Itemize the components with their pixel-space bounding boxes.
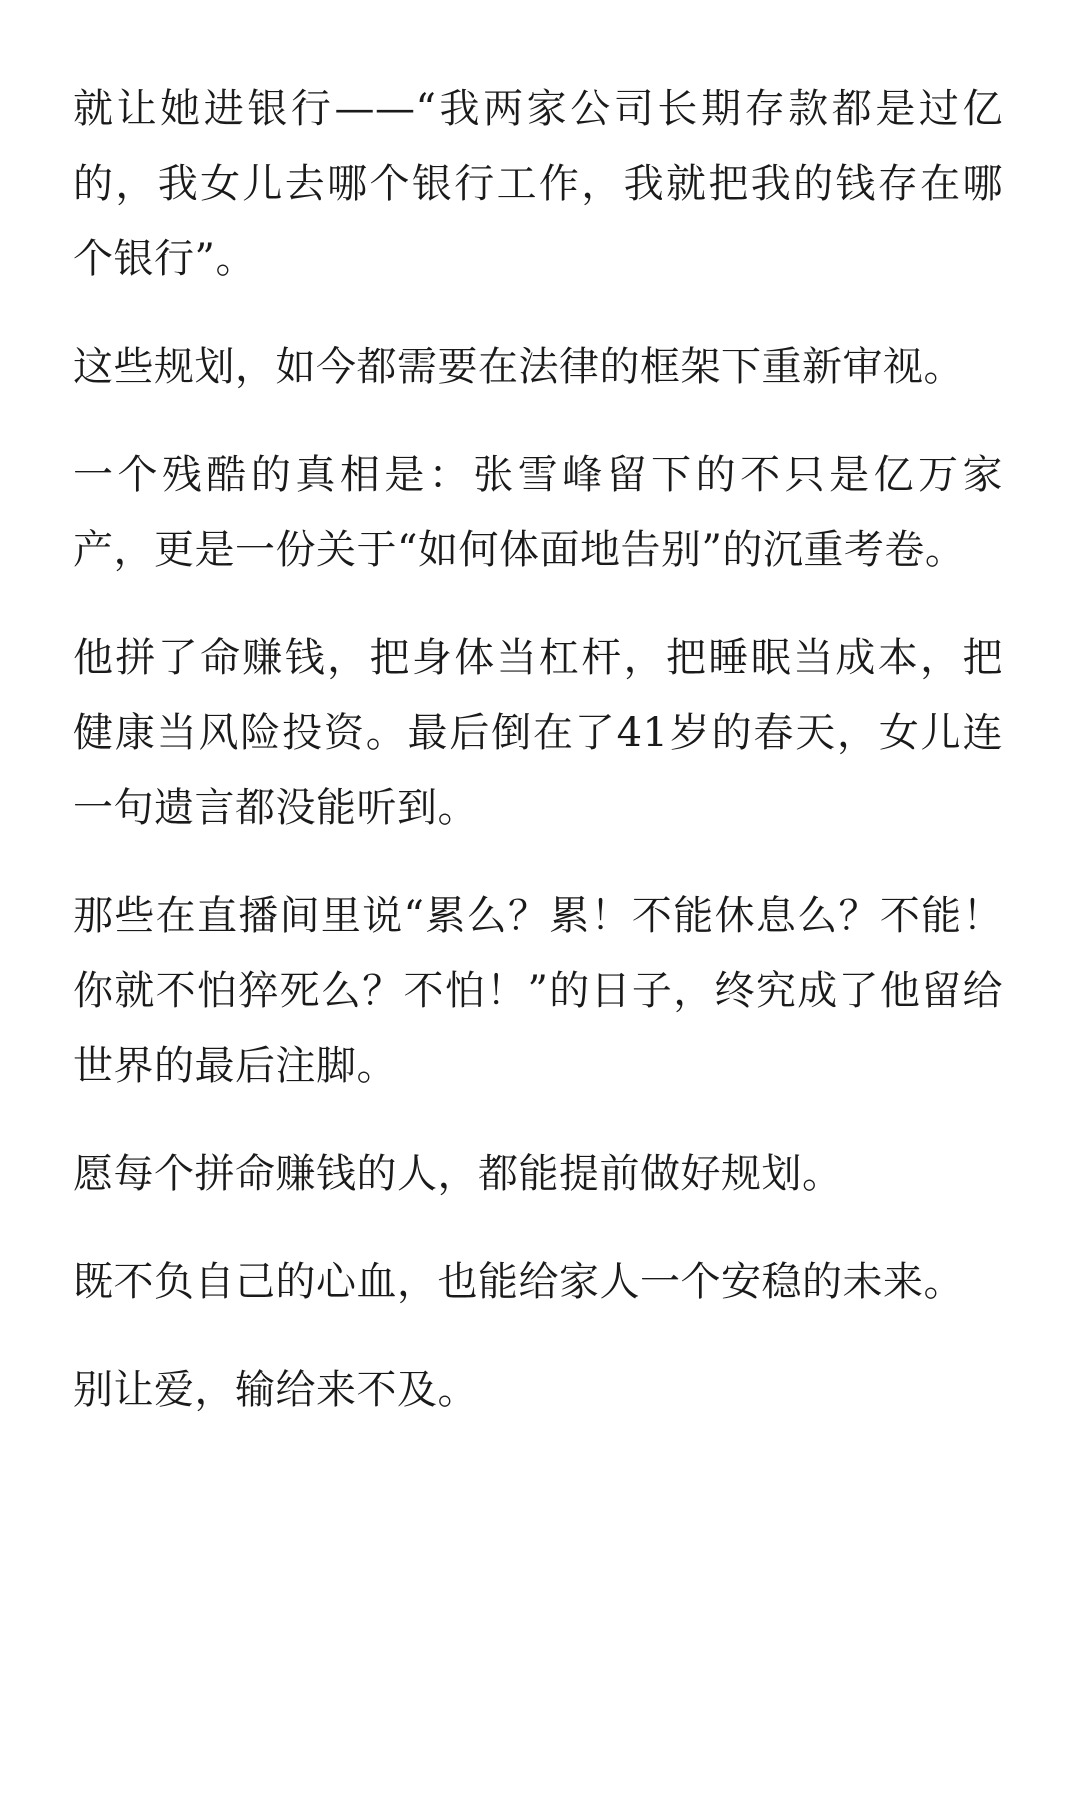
paragraph: 一个残酷的真相是：张雪峰留下的不只是亿万家产，更是一份关于“如何体面地告别”的沉… — [73, 438, 1003, 588]
paragraph: 那些在直播间里说“累么？累！不能休息么？不能！你就不怕猝死么？不怕！”的日子，终… — [73, 879, 1003, 1104]
paragraph: 他拼了命赚钱，把身体当杠杆，把睡眠当成本，把健康当风险投资。最后倒在了41岁的春… — [73, 621, 1003, 846]
paragraph: 就让她进银行——“我两家公司长期存款都是过亿的，我女儿去哪个银行工作，我就把我的… — [73, 72, 1003, 297]
paragraph: 别让爱，输给来不及。 — [73, 1353, 1003, 1428]
article-body: 就让她进银行——“我两家公司长期存款都是过亿的，我女儿去哪个银行工作，我就把我的… — [73, 72, 1003, 1461]
paragraph: 这些规划，如今都需要在法律的框架下重新审视。 — [73, 330, 1003, 405]
paragraph: 愿每个拼命赚钱的人，都能提前做好规划。 — [73, 1137, 1003, 1212]
paragraph: 既不负自己的心血，也能给家人一个安稳的未来。 — [73, 1245, 1003, 1320]
